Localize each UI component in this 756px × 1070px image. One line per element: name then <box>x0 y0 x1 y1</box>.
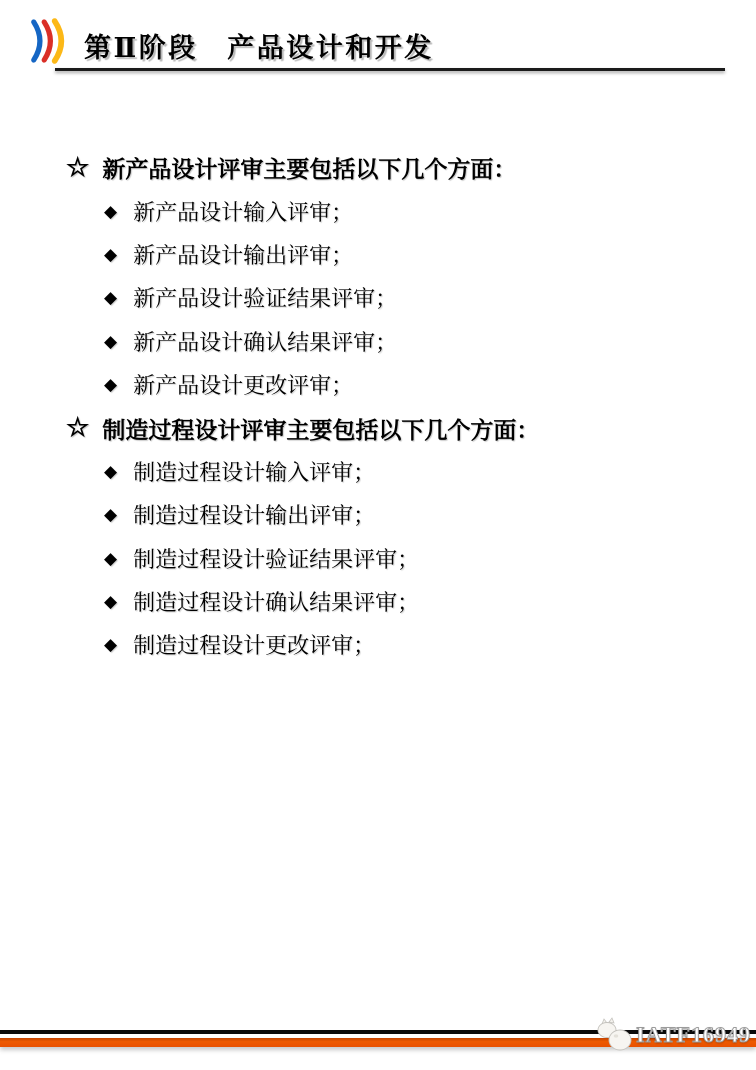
diamond-bullet-icon: ◆ <box>104 463 117 480</box>
list-item: ◆ 制造过程设计验证结果评审； <box>0 537 756 580</box>
list-item-text: 制造过程设计输出评审； <box>133 499 375 530</box>
list-item-text: 制造过程设计输入评审； <box>133 456 375 487</box>
list-item-text: 制造过程设计验证结果评审； <box>133 543 419 574</box>
logo-icon <box>29 18 67 64</box>
diamond-bullet-icon: ◆ <box>104 289 117 306</box>
slide: 第Ⅱ阶段 产品设计和开发 ☆ 新产品设计评审主要包括以下几个方面： ◆ 新产品设… <box>0 0 756 1070</box>
header-underline <box>55 68 725 71</box>
star-bullet-icon: ☆ <box>66 155 89 181</box>
diamond-bullet-icon: ◆ <box>104 593 117 610</box>
diamond-bullet-icon: ◆ <box>104 506 117 523</box>
watermark: IATF16949 <box>595 1017 751 1053</box>
section-heading: ☆ 制造过程设计评审主要包括以下几个方面： <box>0 406 756 449</box>
section-heading-text: 制造过程设计评审主要包括以下几个方面： <box>102 412 539 445</box>
list-item: ◆ 新产品设计更改评审； <box>0 363 756 406</box>
list-item-text: 制造过程设计更改评审； <box>133 629 375 660</box>
star-bullet-icon: ☆ <box>66 415 89 441</box>
diamond-bullet-icon: ◆ <box>104 203 117 220</box>
section-heading-text: 新产品设计评审主要包括以下几个方面： <box>102 151 516 184</box>
list-item-text: 制造过程设计确认结果评审； <box>133 586 419 617</box>
watermark-icon <box>595 1017 635 1053</box>
section-heading: ☆ 新产品设计评审主要包括以下几个方面： <box>0 146 756 189</box>
diamond-bullet-icon: ◆ <box>104 376 117 393</box>
list-item-text: 新产品设计确认结果评审； <box>133 326 397 357</box>
page-title: 第Ⅱ阶段 产品设计和开发 <box>84 26 434 65</box>
diamond-bullet-icon: ◆ <box>104 333 117 350</box>
diamond-bullet-icon: ◆ <box>104 246 117 263</box>
list-item: ◆ 新产品设计输入评审； <box>0 189 756 232</box>
list-item: ◆ 新产品设计输出评审； <box>0 233 756 276</box>
list-item-text: 新产品设计验证结果评审； <box>133 282 397 313</box>
list-item: ◆ 制造过程设计输入评审； <box>0 450 756 493</box>
diamond-bullet-icon: ◆ <box>104 550 117 567</box>
list-item: ◆ 新产品设计验证结果评审； <box>0 276 756 319</box>
list-item-text: 新产品设计更改评审； <box>133 369 353 400</box>
list-item: ◆ 制造过程设计更改评审； <box>0 623 756 666</box>
list-item-text: 新产品设计输入评审； <box>133 196 353 227</box>
list-item: ◆ 新产品设计确认结果评审； <box>0 320 756 363</box>
list-item-text: 新产品设计输出评审； <box>133 239 353 270</box>
diamond-bullet-icon: ◆ <box>104 636 117 653</box>
watermark-text: IATF16949 <box>636 1022 751 1048</box>
slide-body: ☆ 新产品设计评审主要包括以下几个方面： ◆ 新产品设计输入评审； ◆ 新产品设… <box>0 146 756 667</box>
list-item: ◆ 制造过程设计输出评审； <box>0 493 756 536</box>
list-item: ◆ 制造过程设计确认结果评审； <box>0 580 756 623</box>
